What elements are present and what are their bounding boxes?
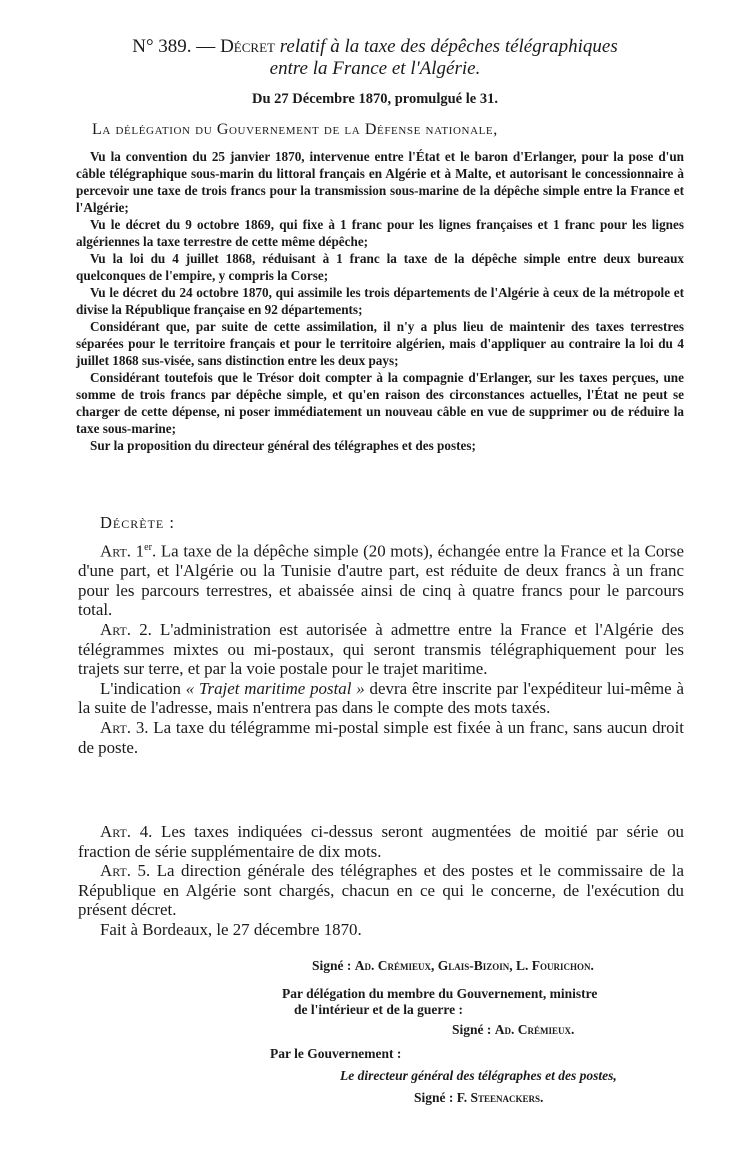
considerant-paragraph: Vu le décret du 9 octobre 1869, qui fixe… xyxy=(76,216,684,250)
article-1: Art. 1er. La taxe de la dépêche simple (… xyxy=(78,538,684,620)
article-text: . La taxe de la dépêche simple (20 mots)… xyxy=(78,542,684,620)
signature-block-3: Signé : F. Steenackers. xyxy=(414,1090,543,1106)
signatory-names: Ad. Crémieux. xyxy=(495,1022,575,1037)
article-italic-text: « Trajet maritime postal » xyxy=(186,679,365,698)
article-text: L'administration est autorisée à admettr… xyxy=(78,620,684,678)
article-label: Art. 5. xyxy=(100,861,150,880)
article-2-paragraph-2: L'indication « Trajet maritime postal » … xyxy=(78,679,684,718)
signature-block-2: Signé : Ad. Crémieux. xyxy=(452,1022,574,1038)
decree-subject-line1: relatif à la taxe des dépêches télégraph… xyxy=(280,36,618,57)
decree-title: N° 389. — Décret relatif à la taxe des d… xyxy=(70,36,680,80)
considerant-paragraph: Vu la convention du 25 janvier 1870, int… xyxy=(76,148,684,216)
decree-subject-line2: entre la France et l'Algérie. xyxy=(270,58,481,79)
done-at-line: Fait à Bordeaux, le 27 décembre 1870. xyxy=(78,920,684,940)
document-page: N° 389. — Décret relatif à la taxe des d… xyxy=(0,0,730,1171)
article-sup: er xyxy=(144,542,152,553)
considerant-paragraph: Sur la proposition du directeur général … xyxy=(76,437,684,454)
decree-number: N° 389. — xyxy=(132,36,215,57)
delegation-line-2: de l'intérieur et de la guerre : xyxy=(282,1002,463,1017)
article-label: Art. 4. xyxy=(100,822,152,841)
article-text: L'indication xyxy=(100,679,186,698)
considerant-paragraph: Considérant toutefois que le Trésor doit… xyxy=(76,369,684,437)
article-label: Art. 2. xyxy=(100,620,152,639)
signed-prefix: Signé : xyxy=(452,1022,495,1037)
considerant-paragraph: Vu la loi du 4 juillet 1868, réduisant à… xyxy=(76,250,684,284)
considerant-paragraph: Vu le décret du 24 octobre 1870, qui ass… xyxy=(76,284,684,318)
articles-section: Art. 1er. La taxe de la dépêche simple (… xyxy=(78,538,684,757)
issuing-authority-heading: La délégation du Gouvernement de la Défe… xyxy=(92,121,498,139)
article-text: La taxe du télégramme mi-postal simple e… xyxy=(78,718,684,757)
decree-word: Décret xyxy=(220,36,275,57)
article-3: Art. 3. La taxe du télégramme mi-postal … xyxy=(78,718,684,757)
decrete-heading: Décrète : xyxy=(100,513,175,533)
articles-section-continued: Art. 4. Les taxes indiquées ci-dessus se… xyxy=(78,822,684,940)
delegation-note: Par délégation du membre du Gouvernement… xyxy=(282,986,597,1018)
decree-dateline: Du 27 Décembre 1870, promulgué le 31. xyxy=(70,91,680,108)
article-text: La direction générale des télégraphes et… xyxy=(78,861,684,919)
article-4: Art. 4. Les taxes indiquées ci-dessus se… xyxy=(78,822,684,861)
director-title: Le directeur général des télégraphes et … xyxy=(340,1068,617,1084)
article-label: Art. 1 xyxy=(100,542,144,561)
signed-prefix: Signé : xyxy=(312,958,355,973)
by-government-line: Par le Gouvernement : xyxy=(270,1046,401,1062)
delegation-line-1: Par délégation du membre du Gouvernement… xyxy=(282,986,597,1001)
signatory-names: F. Steenackers. xyxy=(457,1090,544,1105)
signatory-names: Ad. Crémieux, Glais-Bizoin, L. Fourichon… xyxy=(355,958,594,973)
article-text: Les taxes indiquées ci-dessus seront aug… xyxy=(78,822,684,861)
article-5: Art. 5. La direction générale des télégr… xyxy=(78,861,684,920)
considerant-paragraph: Considérant que, par suite de cette assi… xyxy=(76,318,684,369)
signature-block-1: Signé : Ad. Crémieux, Glais-Bizoin, L. F… xyxy=(312,958,594,974)
article-2: Art. 2. L'administration est autorisée à… xyxy=(78,620,684,679)
considerants-section: Vu la convention du 25 janvier 1870, int… xyxy=(76,148,684,454)
article-label: Art. 3. xyxy=(100,718,149,737)
signed-prefix: Signé : xyxy=(414,1090,457,1105)
